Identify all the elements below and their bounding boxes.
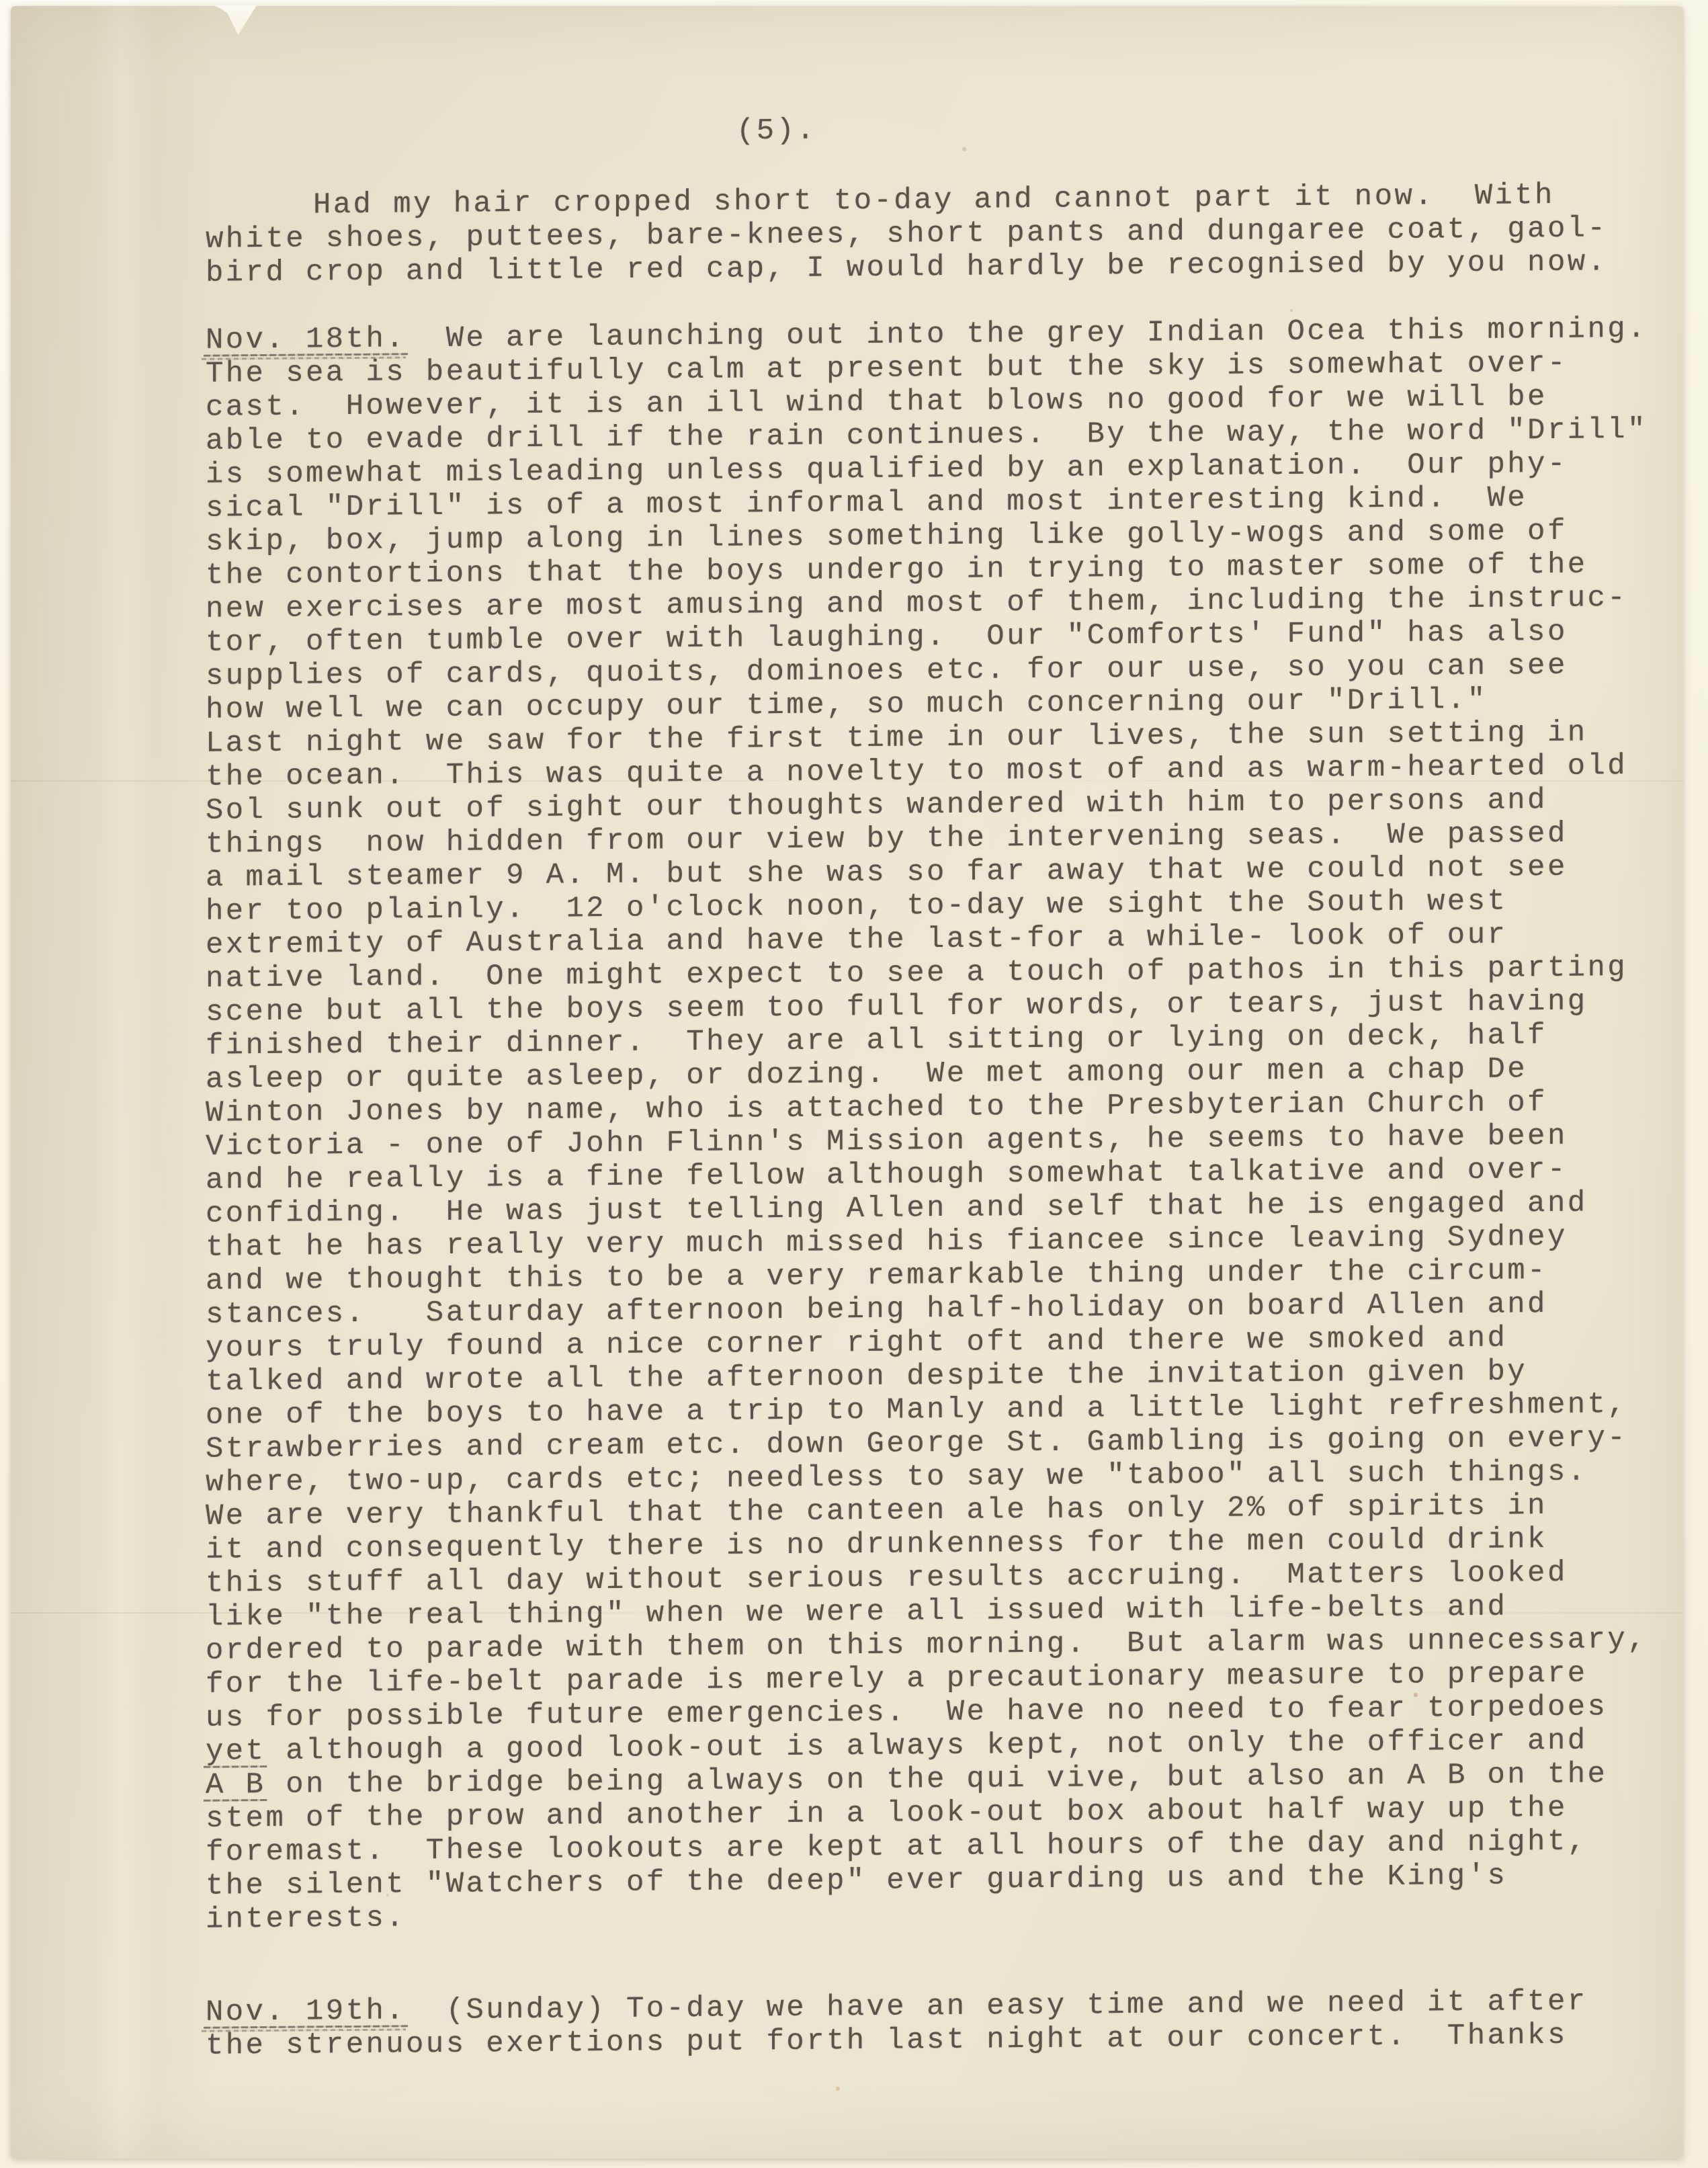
text-layer: (5). Had my hair cropped short to-day an… bbox=[11, 0, 1683, 2159]
underlined-word: yet bbox=[206, 1735, 265, 1769]
underlined-word: A B bbox=[206, 1768, 265, 1802]
date-heading-nov-18: Nov. 18th. bbox=[206, 322, 406, 357]
paper-sheet: (5). Had my hair cropped short to-day an… bbox=[11, 6, 1683, 2159]
date-heading-nov-19: Nov. 19th. bbox=[206, 1994, 406, 2029]
paragraph-nov-19: Nov. 19th. (Sunday) To-day we have an ea… bbox=[206, 1984, 1683, 2062]
page-number: (5). bbox=[736, 107, 1683, 148]
paragraph-nov-18: Nov. 18th. We are launching out into the… bbox=[206, 312, 1683, 1936]
paragraph-intro: Had my hair cropped short to-day and can… bbox=[206, 177, 1683, 290]
